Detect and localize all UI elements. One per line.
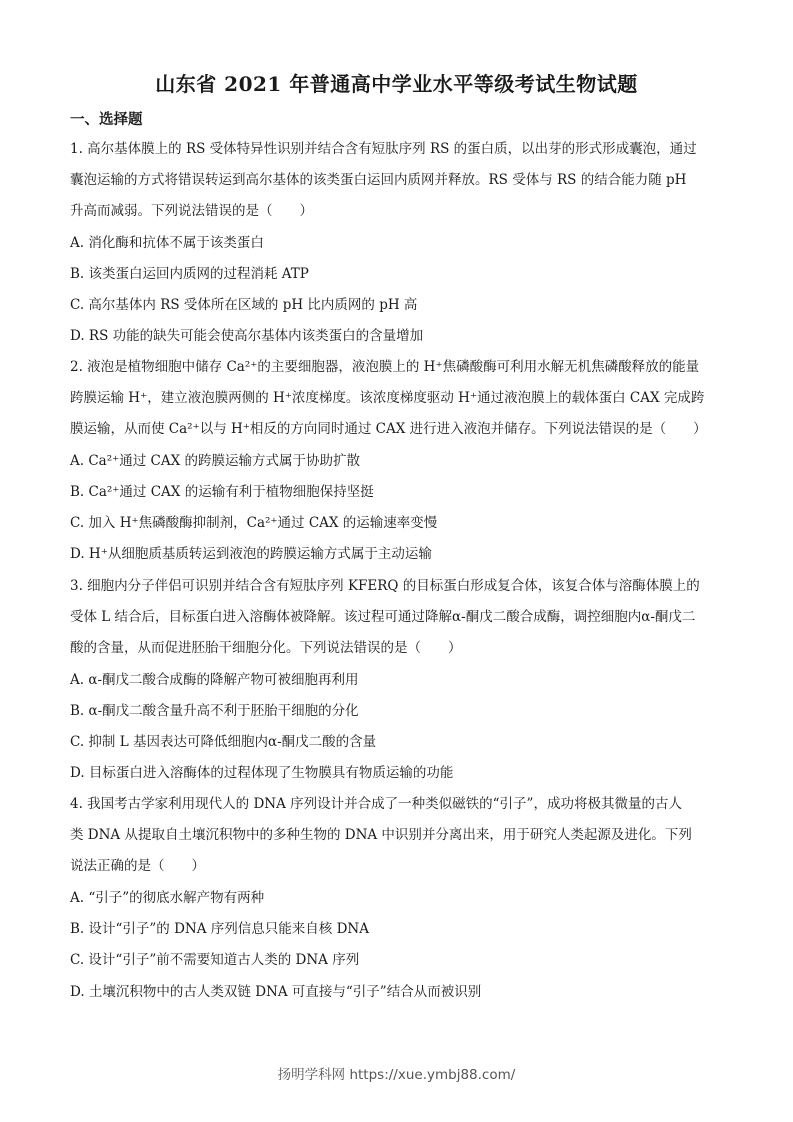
footer-watermark: 扬明学科网 https://xue.ymbj88.com/ [0,1063,793,1083]
exam-page: 山东省 2021 年普通高中学业水平等级考试生物试题 一、选择题 1. 高尔基体… [0,0,793,1122]
question-3-option-a: A. α-酮戊二酸合成酶的降解产物可被细胞再利用 [70,671,730,689]
question-3-line-2: 受体 L 结合后，目标蛋白进入溶酶体被降解。该过程可通过降解α-酮戊二酸合成酶，… [70,608,730,626]
question-2-option-c: C. 加入 H⁺焦磷酸酶抑制剂，Ca²⁺通过 CAX 的运输速率变慢 [70,514,730,532]
question-1-option-a: A. 消化酶和抗体不属于该类蛋白 [70,234,730,252]
question-2-option-a: A. Ca²⁺通过 CAX 的跨膜运输方式属于协助扩散 [70,452,730,470]
question-1-line-2: 囊泡运输的方式将错误转运到高尔基体的该类蛋白运回内质网并释放。RS 受体与 RS… [70,171,730,189]
question-2-line-1: 2. 液泡是植物细胞中储存 Ca²⁺的主要细胞器，液泡膜上的 H⁺焦磷酸酶可利用… [70,358,730,376]
question-1-option-c: C. 高尔基体内 RS 受体所在区域的 pH 比内质网的 pH 高 [70,296,730,314]
question-4-option-d: D. 土壤沉积物中的古人类双链 DNA 可直接与“引子”结合从而被识别 [70,983,730,1001]
question-2-line-2: 跨膜运输 H⁺，建立液泡膜两侧的 H⁺浓度梯度。该浓度梯度驱动 H⁺通过液泡膜上… [70,389,730,407]
question-4-option-a: A. “引子”的彻底水解产物有两种 [70,889,730,907]
question-2-option-d: D. H⁺从细胞质基质转运到液泡的跨膜运输方式属于主动运输 [70,545,730,563]
question-4-option-b: B. 设计“引子”的 DNA 序列信息只能来自核 DNA [70,920,730,938]
question-4-option-c: C. 设计“引子”前不需要知道古人类的 DNA 序列 [70,951,730,969]
page-title: 山东省 2021 年普通高中学业水平等级考试生物试题 [0,68,793,97]
question-3-option-d: D. 目标蛋白进入溶酶体的过程体现了生物膜具有物质运输的功能 [70,764,730,782]
question-1-option-d: D. RS 功能的缺失可能会使高尔基体内该类蛋白的含量增加 [70,327,730,345]
question-1-line-3: 升高而减弱。下列说法错误的是（ ） [70,202,730,220]
question-3-line-3: 酸的含量，从而促进胚胎干细胞分化。下列说法错误的是（ ） [70,639,730,657]
question-4-line-3: 说法正确的是（ ） [70,857,730,875]
question-1-line-1: 1. 高尔基体膜上的 RS 受体特异性识别并结合含有短肽序列 RS 的蛋白质，以… [70,140,730,158]
question-1-option-b: B. 该类蛋白运回内质网的过程消耗 ATP [70,265,730,283]
question-2-option-b: B. Ca²⁺通过 CAX 的运输有利于植物细胞保持坚挺 [70,483,730,501]
question-3-option-b: B. α-酮戊二酸含量升高不利于胚胎干细胞的分化 [70,702,730,720]
question-3-line-1: 3. 细胞内分子伴侣可识别并结合含有短肽序列 KFERQ 的目标蛋白形成复合体，… [70,577,730,595]
question-4-line-2: 类 DNA 从提取自土壤沉积物中的多种生物的 DNA 中识别并分离出来，用于研究… [70,826,730,844]
question-4-line-1: 4. 我国考古学家利用现代人的 DNA 序列设计并合成了一种类似磁铁的“引子”，… [70,795,730,813]
question-3-option-c: C. 抑制 L 基因表达可降低细胞内α-酮戊二酸的含量 [70,733,730,751]
section-heading: 一、选择题 [70,108,143,129]
question-2-line-3: 膜运输，从而使 Ca²⁺以与 H⁺相反的方向同时通过 CAX 进行进入液泡并储存… [70,420,730,438]
